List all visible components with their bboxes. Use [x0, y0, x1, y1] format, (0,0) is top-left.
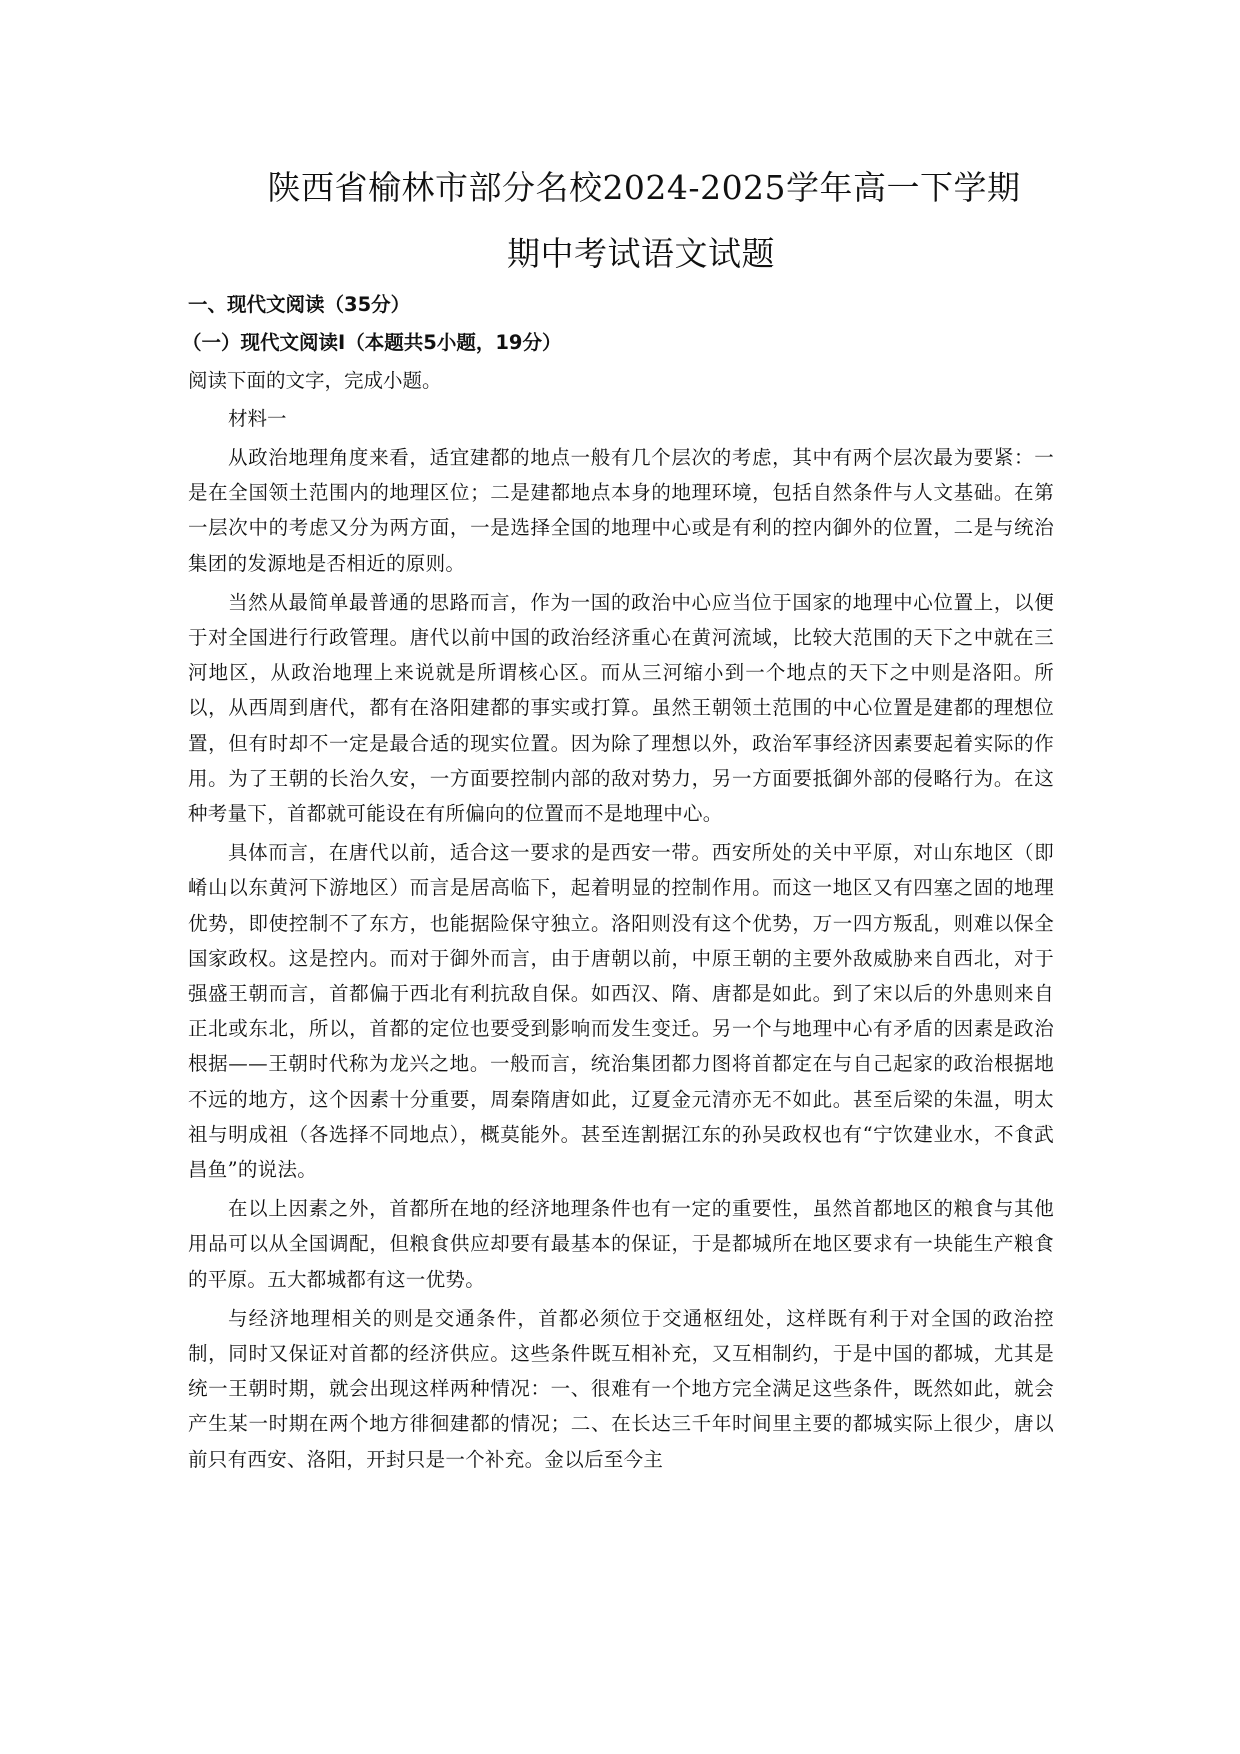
passage-paragraph-4: 在以上因素之外，首都所在地的经济地理条件也有一定的重要性，虽然首都地区的粮食与其…: [188, 1191, 1054, 1297]
subsection-heading: （一）现代文阅读Ⅰ（本题共5小题，19分）: [182, 326, 1054, 360]
material-label: 材料一: [228, 402, 1054, 436]
passage-paragraph-5: 与经济地理相关的则是交通条件，首都必须位于交通枢纽处，这样既有利于对全国的政治控…: [188, 1301, 1054, 1477]
passage-paragraph-2: 当然从最简单最普通的思路而言，作为一国的政治中心应当位于国家的地理中心位置上，以…: [188, 585, 1054, 831]
section-heading: 一、现代文阅读（35分）: [188, 288, 1054, 322]
reading-instruction: 阅读下面的文字，完成小题。: [188, 364, 1054, 398]
passage-paragraph-3: 具体而言，在唐代以前，适合这一要求的是西安一带。西安所处的关中平原，对山东地区（…: [188, 835, 1054, 1187]
document-title-line1: 陕西省榆林市部分名校2024-2025学年高一下学期: [234, 160, 1054, 216]
document-title-line2: 期中考试语文试题: [228, 226, 1054, 282]
passage-paragraph-1: 从政治地理角度来看，适宜建都的地点一般有几个层次的考虑，其中有两个层次最为要紧：…: [188, 440, 1054, 581]
exam-page: 陕西省榆林市部分名校2024-2025学年高一下学期 期中考试语文试题 一、现代…: [188, 150, 1054, 1477]
